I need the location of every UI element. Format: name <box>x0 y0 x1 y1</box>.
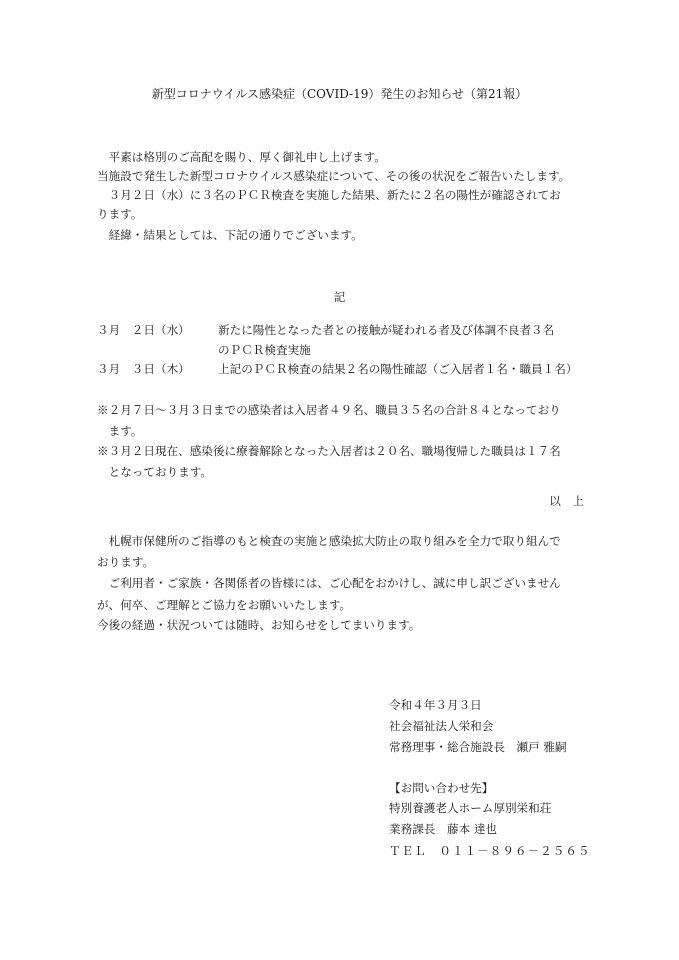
contact-heading: 【お問い合わせ先】 <box>389 780 493 796</box>
contact-person: 業務課長 藤本 達也 <box>389 821 497 837</box>
intro-line: 経緯・結果としては、下記の通りでございます。 <box>97 227 363 243</box>
closing-line: おります。 <box>97 554 154 570</box>
timeline-desc: 新たに陽性となった者との接触が疑われる者及び体調不良者３名 <box>218 322 554 338</box>
timeline-desc: のＰＣＲ検査実施 <box>218 342 311 358</box>
timeline-date: ３月 ３日（木） <box>97 361 190 377</box>
timeline-date: ３月 ２日（水） <box>97 322 190 338</box>
note-line: ます。 <box>97 423 142 439</box>
signature-date: 令和４年３月３日 <box>389 697 482 713</box>
ijou-closing-mark: 以 上 <box>549 493 584 509</box>
closing-line: ご利用者・ご家族・各関係者の皆様には、ご心配をおかけし、誠に申し訳ございません <box>97 575 561 591</box>
signature-person: 常務理事・総合施設長 瀬戸 雅嗣 <box>389 739 567 755</box>
intro-line: 当施設で発生した新型コロナウイルス感染症について、その後の状況をご報告いたします… <box>97 168 570 184</box>
timeline-desc: 上記のＰＣＲ検査の結果２名の陽性確認（ご入居者１名・職員１名） <box>218 361 577 377</box>
contact-tel: ＴＥＬ ０１１－８９６－２５６５ <box>389 843 591 859</box>
closing-line: 札幌市保健所のご指導のもと検査の実施と感染拡大防止の取り組みを全力で取り組んで <box>97 533 561 549</box>
contact-facility: 特別養護老人ホーム厚別栄和荘 <box>389 800 551 816</box>
page-title: 新型コロナウイルス感染症（COVID-19）発生のお知らせ（第21報） <box>0 86 679 102</box>
closing-line: 今後の経過・状況ついては随時、お知らせをしてまいります。 <box>97 617 420 633</box>
intro-line: 平素は格別のご高配を賜り、厚く御礼申し上げます。 <box>97 149 386 165</box>
note-line: ※２月７日～３月３日までの感染者は入居者４９名、職員３５名の合計８４となっており <box>97 402 561 418</box>
ki-heading: 記 <box>0 289 679 305</box>
intro-line: ります。 <box>97 206 142 222</box>
note-line: ※３月２日現在、感染後に療養解除となった入居者は２０名、職場復帰した職員は１７名 <box>97 443 561 459</box>
signature-org: 社会福祉法人栄和会 <box>389 718 493 734</box>
note-line: となっております。 <box>97 464 212 480</box>
intro-line: ３月２日（水）に３名のＰＣＲ検査を実施した結果、新たに２名の陽性が確認されてお <box>97 187 561 203</box>
closing-line: が、何卒、ご理解とご協力をお願いいたします。 <box>97 597 351 613</box>
